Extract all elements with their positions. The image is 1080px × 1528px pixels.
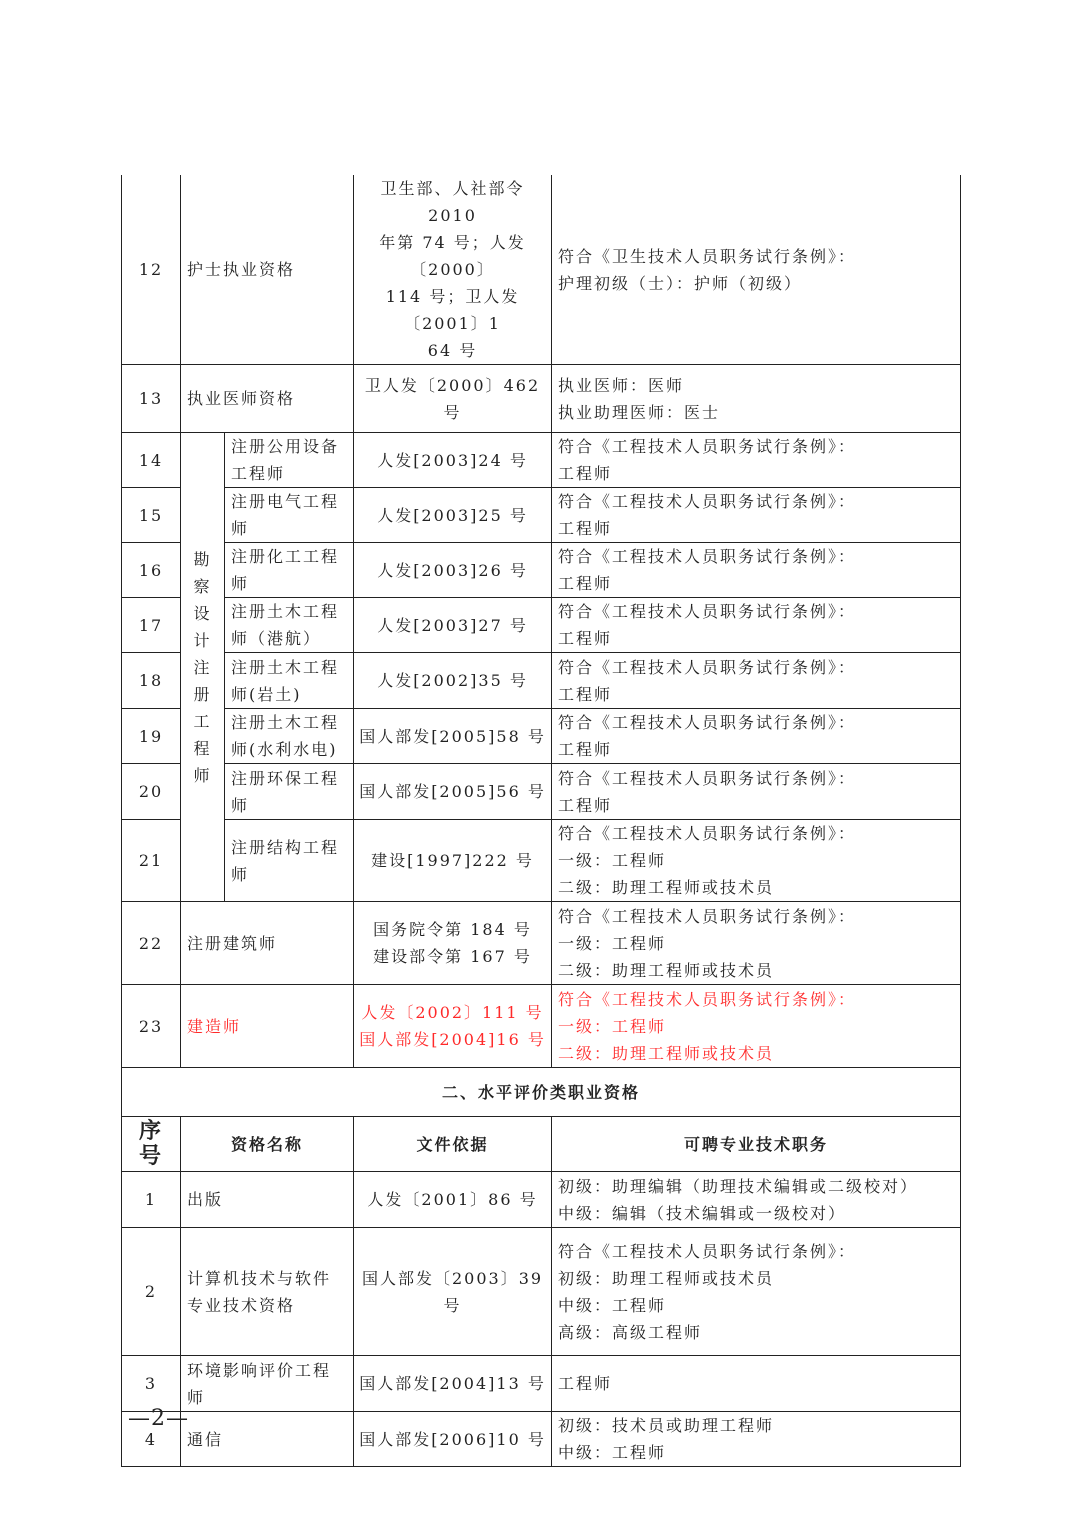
- document-basis: 国务院令第 184 号建设部令第 167 号: [354, 902, 552, 985]
- duty-line: 符合《工程技术人员职务试行条例》：: [558, 598, 960, 625]
- duty-line: 二级：助理工程师或技术员: [558, 957, 960, 984]
- eligible-position: 执业医师：医师 执业助理医师：医士: [552, 365, 961, 433]
- table-row: 20 注册环保工程师 国人部发[2005]56 号 符合《工程技术人员职务试行条…: [122, 764, 961, 820]
- duty-line: 执业医师：医师: [558, 372, 960, 399]
- table-row: 2 计算机技术与软件专业技术资格 国人部发〔2003〕39 号 符合《工程技术人…: [122, 1228, 961, 1356]
- document-basis: 卫人发〔2000〕462 号: [354, 365, 552, 433]
- name-line: 师（港航）: [231, 625, 353, 652]
- section-title: 二、水平评价类职业资格: [122, 1068, 961, 1117]
- qualification-name: 环境影响评价工程师: [181, 1356, 354, 1412]
- duty-line: 工程师: [558, 570, 960, 597]
- row-number: 21: [122, 820, 181, 902]
- qualification-table: 12 护士执业资格 卫生部、人社部令 2010 年第 74 号；人发〔2000〕…: [121, 175, 961, 1467]
- duty-line: 中级：工程师: [558, 1292, 960, 1319]
- name-line: 师(水利水电): [231, 736, 353, 763]
- document-basis: 国人部发〔2003〕39 号: [354, 1228, 552, 1356]
- duty-line: 符合《工程技术人员职务试行条例》：: [558, 1238, 960, 1265]
- group-char: 工: [181, 708, 224, 735]
- header-name: 资格名称: [181, 1117, 354, 1172]
- page-number: —2—: [128, 1406, 189, 1431]
- eligible-position: 符合《工程技术人员职务试行条例》：工程师: [552, 709, 961, 764]
- duty-line: 符合《工程技术人员职务试行条例》：: [558, 654, 960, 681]
- duty-line: 符合《工程技术人员职务试行条例》：: [558, 433, 960, 460]
- duty-line: 中级：工程师: [558, 1439, 960, 1466]
- group-char: 设: [181, 600, 224, 627]
- name-line: 师: [231, 515, 353, 542]
- table-row: 17 注册土木工程师（港航） 人发[2003]27 号 符合《工程技术人员职务试…: [122, 598, 961, 653]
- eligible-position: 符合《工程技术人员职务试行条例》：一级：工程师二级：助理工程师或技术员: [552, 902, 961, 985]
- document-basis: 人发[2003]24 号: [354, 433, 552, 488]
- document-basis: 国人部发[2005]58 号: [354, 709, 552, 764]
- group-char: 师: [181, 762, 224, 789]
- duty-line: 工程师: [558, 460, 960, 487]
- qualification-name: 计算机技术与软件专业技术资格: [181, 1228, 354, 1356]
- doc-line: 卫生部、人社部令 2010: [354, 175, 551, 229]
- qualification-name: 注册土木工程师(岩土): [225, 653, 354, 709]
- eligible-position: 符合《工程技术人员职务试行条例》：初级：助理工程师或技术员中级：工程师高级：高级…: [552, 1228, 961, 1356]
- row-number: 17: [122, 598, 181, 653]
- qualification-name: 护士执业资格: [181, 175, 354, 365]
- duty-line: 二级：助理工程师或技术员: [558, 1040, 960, 1067]
- table-row: 14 勘 察 设 计 注 册 工 程 师 注册公用设备工程师 人发[2003]2…: [122, 433, 961, 488]
- name-line: 环境影响评价工程: [187, 1357, 353, 1384]
- duty-line: 中级：编辑（技术编辑或一级校对）: [558, 1200, 960, 1227]
- name-line: 注册化工工程: [231, 543, 353, 570]
- document-basis: 人发[2003]26 号: [354, 543, 552, 598]
- duty-line: 工程师: [558, 515, 960, 542]
- eligible-position: 符合《卫生技术人员职务试行条例》： 护理初级（士）：护师（初级）: [552, 175, 961, 365]
- group-char: 计: [181, 627, 224, 654]
- row-number: 15: [122, 488, 181, 543]
- document-basis: 人发[2002]35 号: [354, 653, 552, 709]
- header-row: 序号 资格名称 文件依据 可聘专业技术职务: [122, 1117, 961, 1172]
- row-number: 16: [122, 543, 181, 598]
- name-line: 注册土木工程: [231, 709, 353, 736]
- qualification-name: 注册建筑师: [181, 902, 354, 985]
- eligible-position: 符合《工程技术人员职务试行条例》：工程师: [552, 764, 961, 820]
- header-seq-char: 号: [122, 1144, 180, 1169]
- duty-line: 初级：助理工程师或技术员: [558, 1265, 960, 1292]
- name-line: 师: [231, 861, 353, 888]
- name-line: 注册结构工程: [231, 834, 353, 861]
- duty-line: 一级：工程师: [558, 930, 960, 957]
- document-basis: 人发[2003]27 号: [354, 598, 552, 653]
- doc-line: 国人部发[2004]16 号: [354, 1026, 551, 1053]
- duty-line: 执业助理医师：医士: [558, 399, 960, 426]
- document-basis: 国人部发[2006]10 号: [354, 1412, 552, 1467]
- document-basis: 人发〔2002〕111 号国人部发[2004]16 号: [354, 985, 552, 1068]
- doc-line: 国务院令第 184 号: [354, 916, 551, 943]
- doc-line: 年第 74 号；人发〔2000〕: [354, 229, 551, 283]
- group-char: 察: [181, 573, 224, 600]
- qualification-name: 注册环保工程师: [225, 764, 354, 820]
- document-basis: 建设[1997]222 号: [354, 820, 552, 902]
- header-seq-char: 序: [122, 1119, 180, 1144]
- qualification-name: 建造师: [181, 985, 354, 1068]
- document-page: 12 护士执业资格 卫生部、人社部令 2010 年第 74 号；人发〔2000〕…: [0, 0, 1080, 1528]
- duty-line: 符合《工程技术人员职务试行条例》：: [558, 488, 960, 515]
- table-row: 21 注册结构工程师 建设[1997]222 号 符合《工程技术人员职务试行条例…: [122, 820, 961, 902]
- row-number: 18: [122, 653, 181, 709]
- table-row: 19 注册土木工程师(水利水电) 国人部发[2005]58 号 符合《工程技术人…: [122, 709, 961, 764]
- group-label: 勘 察 设 计 注 册 工 程 师: [181, 433, 225, 902]
- duty-line: 工程师: [558, 681, 960, 708]
- document-basis: 人发[2003]25 号: [354, 488, 552, 543]
- doc-line: 人发〔2002〕111 号: [354, 999, 551, 1026]
- document-basis: 国人部发[2005]56 号: [354, 764, 552, 820]
- table-row-highlighted: 23 建造师 人发〔2002〕111 号国人部发[2004]16 号 符合《工程…: [122, 985, 961, 1068]
- duty-line: 初级：技术员或助理工程师: [558, 1412, 960, 1439]
- duty-line: 高级：高级工程师: [558, 1319, 960, 1346]
- document-basis: 卫生部、人社部令 2010 年第 74 号；人发〔2000〕 114 号；卫人发…: [354, 175, 552, 365]
- qualification-name: 注册结构工程师: [225, 820, 354, 902]
- row-number: 22: [122, 902, 181, 985]
- duty-line: 符合《工程技术人员职务试行条例》：: [558, 543, 960, 570]
- row-number: 3: [122, 1356, 181, 1412]
- eligible-position: 工程师: [552, 1356, 961, 1412]
- table-row: 18 注册土木工程师(岩土) 人发[2002]35 号 符合《工程技术人员职务试…: [122, 653, 961, 709]
- name-line: 计算机技术与软件: [187, 1265, 353, 1292]
- row-number: 1: [122, 1172, 181, 1228]
- duty-line: 护理初级（士）：护师（初级）: [558, 270, 960, 297]
- duty-line: 符合《卫生技术人员职务试行条例》：: [558, 243, 960, 270]
- duty-line: 符合《工程技术人员职务试行条例》：: [558, 820, 960, 847]
- header-duty: 可聘专业技术职务: [552, 1117, 961, 1172]
- duty-line: 二级：助理工程师或技术员: [558, 874, 960, 901]
- qualification-name: 执业医师资格: [181, 365, 354, 433]
- header-doc: 文件依据: [354, 1117, 552, 1172]
- doc-line: 建设部令第 167 号: [354, 943, 551, 970]
- duty-line: 符合《工程技术人员职务试行条例》：: [558, 903, 960, 930]
- duty-line: 符合《工程技术人员职务试行条例》：: [558, 765, 960, 792]
- name-line: 注册土木工程: [231, 654, 353, 681]
- table-row: 22 注册建筑师 国务院令第 184 号建设部令第 167 号 符合《工程技术人…: [122, 902, 961, 985]
- row-number: 12: [122, 175, 181, 365]
- name-line: 注册土木工程: [231, 598, 353, 625]
- eligible-position: 符合《工程技术人员职务试行条例》：工程师: [552, 598, 961, 653]
- duty-line: 工程师: [558, 625, 960, 652]
- eligible-position: 初级：技术员或助理工程师中级：工程师: [552, 1412, 961, 1467]
- document-basis: 人发〔2001〕86 号: [354, 1172, 552, 1228]
- row-number: 19: [122, 709, 181, 764]
- duty-line: 工程师: [558, 736, 960, 763]
- group-char: 程: [181, 735, 224, 762]
- name-line: 专业技术资格: [187, 1292, 353, 1319]
- document-basis: 国人部发[2004]13 号: [354, 1356, 552, 1412]
- eligible-position: 符合《工程技术人员职务试行条例》：工程师: [552, 653, 961, 709]
- qualification-name: 注册化工工程师: [225, 543, 354, 598]
- group-char: 勘: [181, 546, 224, 573]
- row-number: 2: [122, 1228, 181, 1356]
- eligible-position: 符合《工程技术人员职务试行条例》：工程师: [552, 488, 961, 543]
- table-row: 4 通信 国人部发[2006]10 号 初级：技术员或助理工程师中级：工程师: [122, 1412, 961, 1467]
- table-row: 16 注册化工工程师 人发[2003]26 号 符合《工程技术人员职务试行条例》…: [122, 543, 961, 598]
- eligible-position: 初级：助理编辑（助理技术编辑或二级校对）中级：编辑（技术编辑或一级校对）: [552, 1172, 961, 1228]
- table-row: 1 出版 人发〔2001〕86 号 初级：助理编辑（助理技术编辑或二级校对）中级…: [122, 1172, 961, 1228]
- group-char: 册: [181, 681, 224, 708]
- eligible-position: 符合《工程技术人员职务试行条例》：工程师: [552, 543, 961, 598]
- duty-line: 一级：工程师: [558, 847, 960, 874]
- name-line: 工程师: [231, 460, 353, 487]
- eligible-position: 符合《工程技术人员职务试行条例》：一级：工程师二级：助理工程师或技术员: [552, 985, 961, 1068]
- name-line: 师: [187, 1384, 353, 1411]
- row-number: 23: [122, 985, 181, 1068]
- doc-line: 64 号: [354, 337, 551, 364]
- qualification-name: 出版: [181, 1172, 354, 1228]
- row-number: 14: [122, 433, 181, 488]
- qualification-name: 通信: [181, 1412, 354, 1467]
- qualification-name: 注册电气工程师: [225, 488, 354, 543]
- row-number: 13: [122, 365, 181, 433]
- duty-line: 工程师: [558, 792, 960, 819]
- table-row: 15 注册电气工程师 人发[2003]25 号 符合《工程技术人员职务试行条例》…: [122, 488, 961, 543]
- name-line: 注册电气工程: [231, 488, 353, 515]
- duty-line: 符合《工程技术人员职务试行条例》：: [558, 986, 960, 1013]
- name-line: 师: [231, 570, 353, 597]
- table-row: 3 环境影响评价工程师 国人部发[2004]13 号 工程师: [122, 1356, 961, 1412]
- group-char: 注: [181, 654, 224, 681]
- row-number: 20: [122, 764, 181, 820]
- eligible-position: 符合《工程技术人员职务试行条例》：一级：工程师二级：助理工程师或技术员: [552, 820, 961, 902]
- name-line: 注册环保工程: [231, 765, 353, 792]
- eligible-position: 符合《工程技术人员职务试行条例》：工程师: [552, 433, 961, 488]
- doc-line: 114 号；卫人发〔2001〕1: [354, 283, 551, 337]
- name-line: 注册公用设备: [231, 433, 353, 460]
- qualification-name: 注册土木工程师(水利水电): [225, 709, 354, 764]
- name-line: 师: [231, 792, 353, 819]
- section-title-row: 二、水平评价类职业资格: [122, 1068, 961, 1117]
- header-seq: 序号: [122, 1117, 181, 1172]
- qualification-name: 注册公用设备工程师: [225, 433, 354, 488]
- duty-line: 一级：工程师: [558, 1013, 960, 1040]
- duty-line: 初级：助理编辑（助理技术编辑或二级校对）: [558, 1173, 960, 1200]
- table-row: 12 护士执业资格 卫生部、人社部令 2010 年第 74 号；人发〔2000〕…: [122, 175, 961, 365]
- duty-line: 符合《工程技术人员职务试行条例》：: [558, 709, 960, 736]
- table-row: 13 执业医师资格 卫人发〔2000〕462 号 执业医师：医师 执业助理医师：…: [122, 365, 961, 433]
- qualification-name: 注册土木工程师（港航）: [225, 598, 354, 653]
- name-line: 师(岩土): [231, 681, 353, 708]
